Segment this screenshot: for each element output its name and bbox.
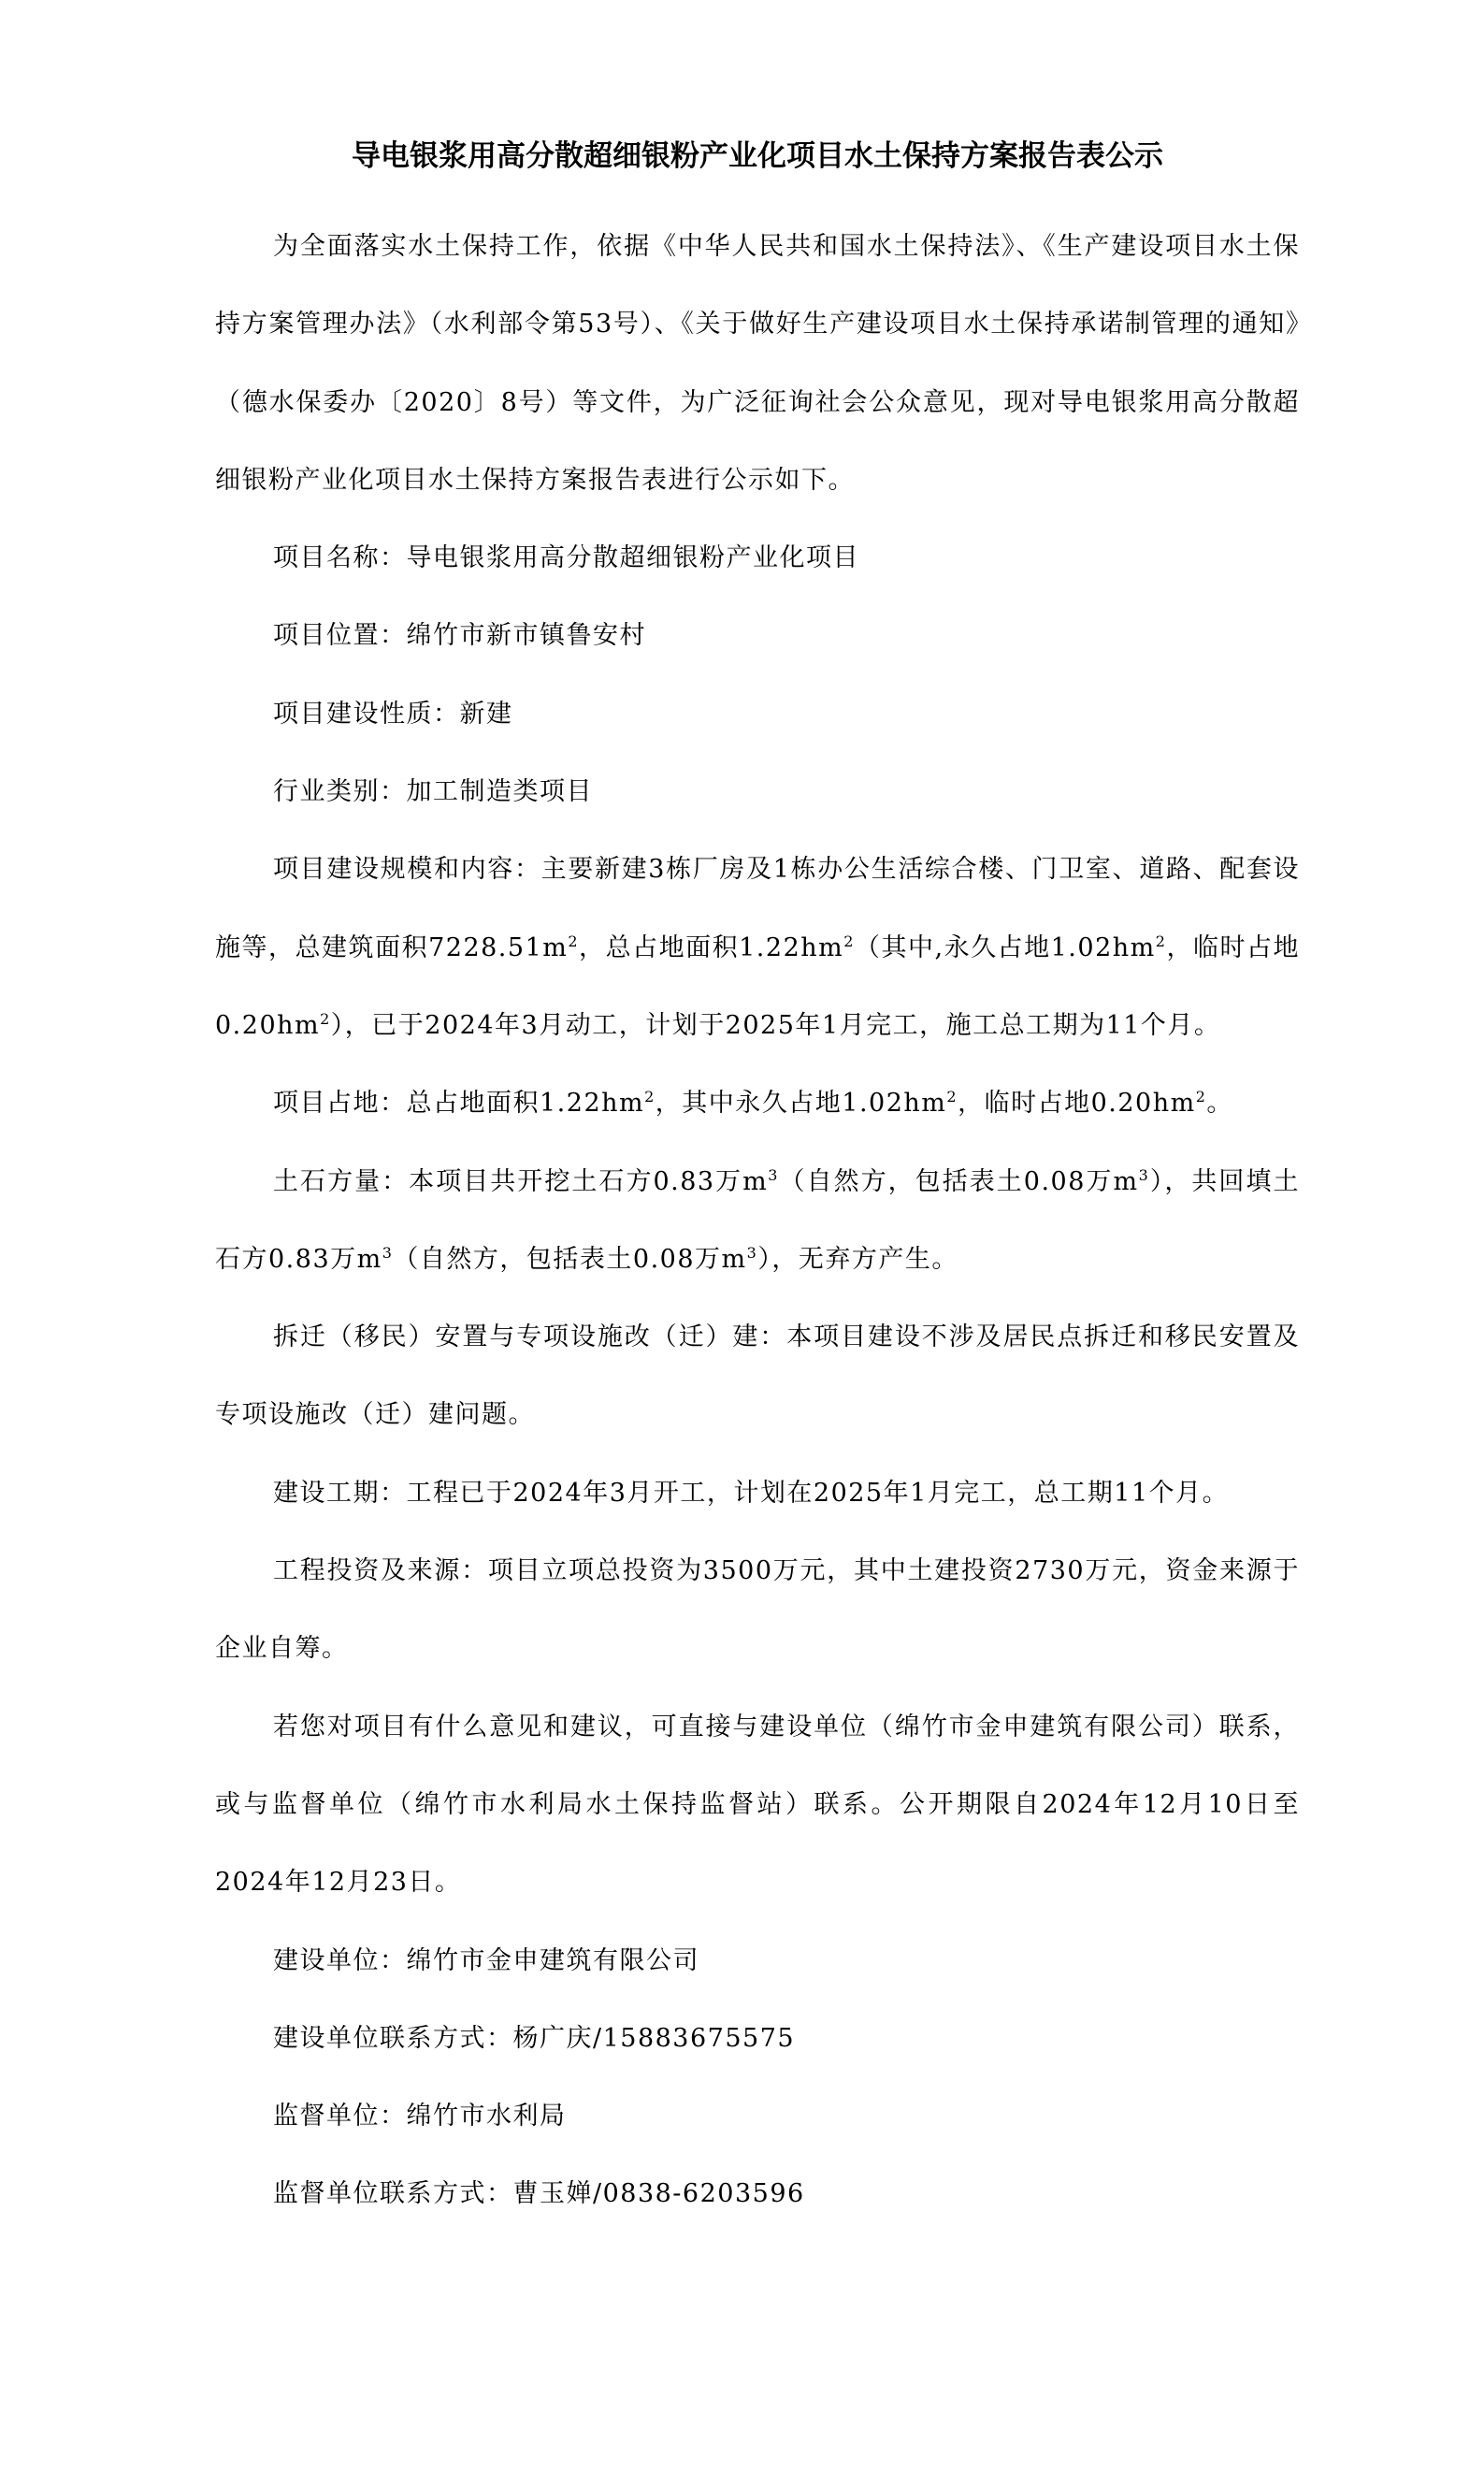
land-occupation-text: ，其中永久占地1.02hm: [656, 1089, 947, 1118]
superscript: 2: [320, 1010, 331, 1028]
relocation-label: 拆迁（移民）安置与专项设施改（迁）建：: [273, 1322, 786, 1351]
superscript: 3: [382, 1244, 394, 1262]
builder-value: 绵竹市金申建筑有限公司: [407, 1946, 700, 1975]
document-body: 为全面落实水土保持工作，依据《中华人民共和国水土保持法》、《生产建设项目水土保持…: [215, 208, 1300, 2233]
industry-category-value: 加工制造类项目: [407, 777, 594, 806]
builder-contact-label: 建设单位联系方式：: [273, 2024, 513, 2053]
superscript: 3: [1139, 1166, 1150, 1184]
land-occupation-label: 项目占地：: [273, 1089, 407, 1118]
superscript: 2: [843, 932, 855, 950]
intro-paragraph: 为全面落实水土保持工作，依据《中华人民共和国水土保持法》、《生产建设项目水土保持…: [215, 208, 1300, 519]
scale-content-text: ，总占地面积1.22hm: [579, 933, 843, 962]
earthwork-text: （自然方，包括表土0.08万m: [779, 1167, 1139, 1196]
earthwork-text: ），无弃方产生。: [757, 1245, 958, 1274]
superscript: 2: [644, 1088, 656, 1105]
project-location-value: 绵竹市新市镇鲁安村: [407, 621, 647, 650]
construction-nature-paragraph: 项目建设性质：新建: [215, 675, 1300, 753]
superscript: 2: [1156, 932, 1167, 950]
supervisor-contact-label: 监督单位联系方式：: [273, 2179, 513, 2208]
investment-label: 工程投资及来源：: [273, 1556, 488, 1585]
earthwork-text: （自然方，包括表土0.08万m: [393, 1245, 746, 1274]
scale-content-text: （其中,永久占地1.02hm: [855, 933, 1156, 962]
supervisor-paragraph: 监督单位：绵竹市水利局: [215, 2077, 1300, 2155]
scale-content-paragraph: 项目建设规模和内容：主要新建3栋厂房及1栋办公生活综合楼、门卫室、道路、配套设施…: [215, 831, 1300, 1064]
superscript: 2: [568, 932, 579, 950]
project-location-paragraph: 项目位置：绵竹市新市镇鲁安村: [215, 597, 1300, 674]
project-name-paragraph: 项目名称：导电银浆用高分散超细银粉产业化项目: [215, 519, 1300, 597]
earthwork-label: 土石方量：: [273, 1167, 409, 1196]
investment-paragraph: 工程投资及来源：项目立项总投资为3500万元，其中土建投资2730万元，资金来源…: [215, 1532, 1300, 1688]
feedback-paragraph: 若您对项目有什么意见和建议，可直接与建设单位（绵竹市金申建筑有限公司）联系，或与…: [215, 1688, 1300, 1922]
builder-label: 建设单位：: [273, 1946, 407, 1975]
earthwork-text: 本项目共开挖土石方0.83万m: [409, 1167, 768, 1196]
superscript: 2: [946, 1088, 958, 1105]
industry-category-label: 行业类别：: [273, 777, 407, 806]
feedback-text: 若您对项目有什么意见和建议，可直接与建设单位（绵竹市金申建筑有限公司）联系，或与…: [215, 1712, 1300, 1898]
builder-paragraph: 建设单位：绵竹市金申建筑有限公司: [215, 1922, 1300, 2000]
land-occupation-text: 总占地面积1.22hm: [407, 1089, 645, 1118]
construction-nature-value: 新建: [460, 700, 513, 729]
construction-nature-label: 项目建设性质：: [273, 700, 460, 729]
intro-text: 为全面落实水土保持工作，依据《中华人民共和国水土保持法》、《生产建设项目水土保持…: [215, 232, 1300, 495]
builder-contact-paragraph: 建设单位联系方式：杨广庆/15883675575: [215, 2000, 1300, 2077]
construction-period-value: 工程已于2024年3月开工，计划在2025年1月完工，总工期11个月。: [407, 1479, 1230, 1508]
scale-content-text: ），已于2024年3月动工，计划于2025年1月完工，施工总工期为11个月。: [331, 1011, 1221, 1040]
land-occupation-text: 。: [1206, 1089, 1233, 1118]
project-name-label: 项目名称：: [273, 543, 407, 572]
project-name-value: 导电银浆用高分散超细银粉产业化项目: [407, 543, 860, 572]
scale-content-label: 项目建设规模和内容：: [273, 855, 541, 884]
supervisor-contact-paragraph: 监督单位联系方式：曹玉婵/0838-6203596: [215, 2155, 1300, 2233]
supervisor-label: 监督单位：: [273, 2102, 407, 2131]
superscript: 2: [1196, 1088, 1207, 1105]
land-occupation-paragraph: 项目占地：总占地面积1.22hm2，其中永久占地1.02hm2，临时占地0.20…: [215, 1064, 1300, 1142]
superscript: 3: [747, 1244, 758, 1262]
industry-category-paragraph: 行业类别：加工制造类项目: [215, 753, 1300, 831]
earthwork-paragraph: 土石方量：本项目共开挖土石方0.83万m3（自然方，包括表土0.08万m3），共…: [215, 1143, 1300, 1299]
project-location-label: 项目位置：: [273, 621, 407, 650]
document-title: 导电银浆用高分散超细银粉产业化项目水土保持方案报告表公示: [215, 133, 1300, 180]
relocation-paragraph: 拆迁（移民）安置与专项设施改（迁）建：本项目建设不涉及居民点拆迁和移民安置及专项…: [215, 1298, 1300, 1454]
supervisor-value: 绵竹市水利局: [407, 2102, 567, 2131]
construction-period-paragraph: 建设工期：工程已于2024年3月开工，计划在2025年1月完工，总工期11个月。: [215, 1454, 1300, 1532]
construction-period-label: 建设工期：: [273, 1479, 407, 1508]
superscript: 3: [768, 1166, 779, 1184]
land-occupation-text: ，临时占地0.20hm: [958, 1089, 1196, 1118]
supervisor-contact-value: 曹玉婵/0838-6203596: [513, 2179, 805, 2208]
builder-contact-value: 杨广庆/15883675575: [513, 2024, 796, 2053]
